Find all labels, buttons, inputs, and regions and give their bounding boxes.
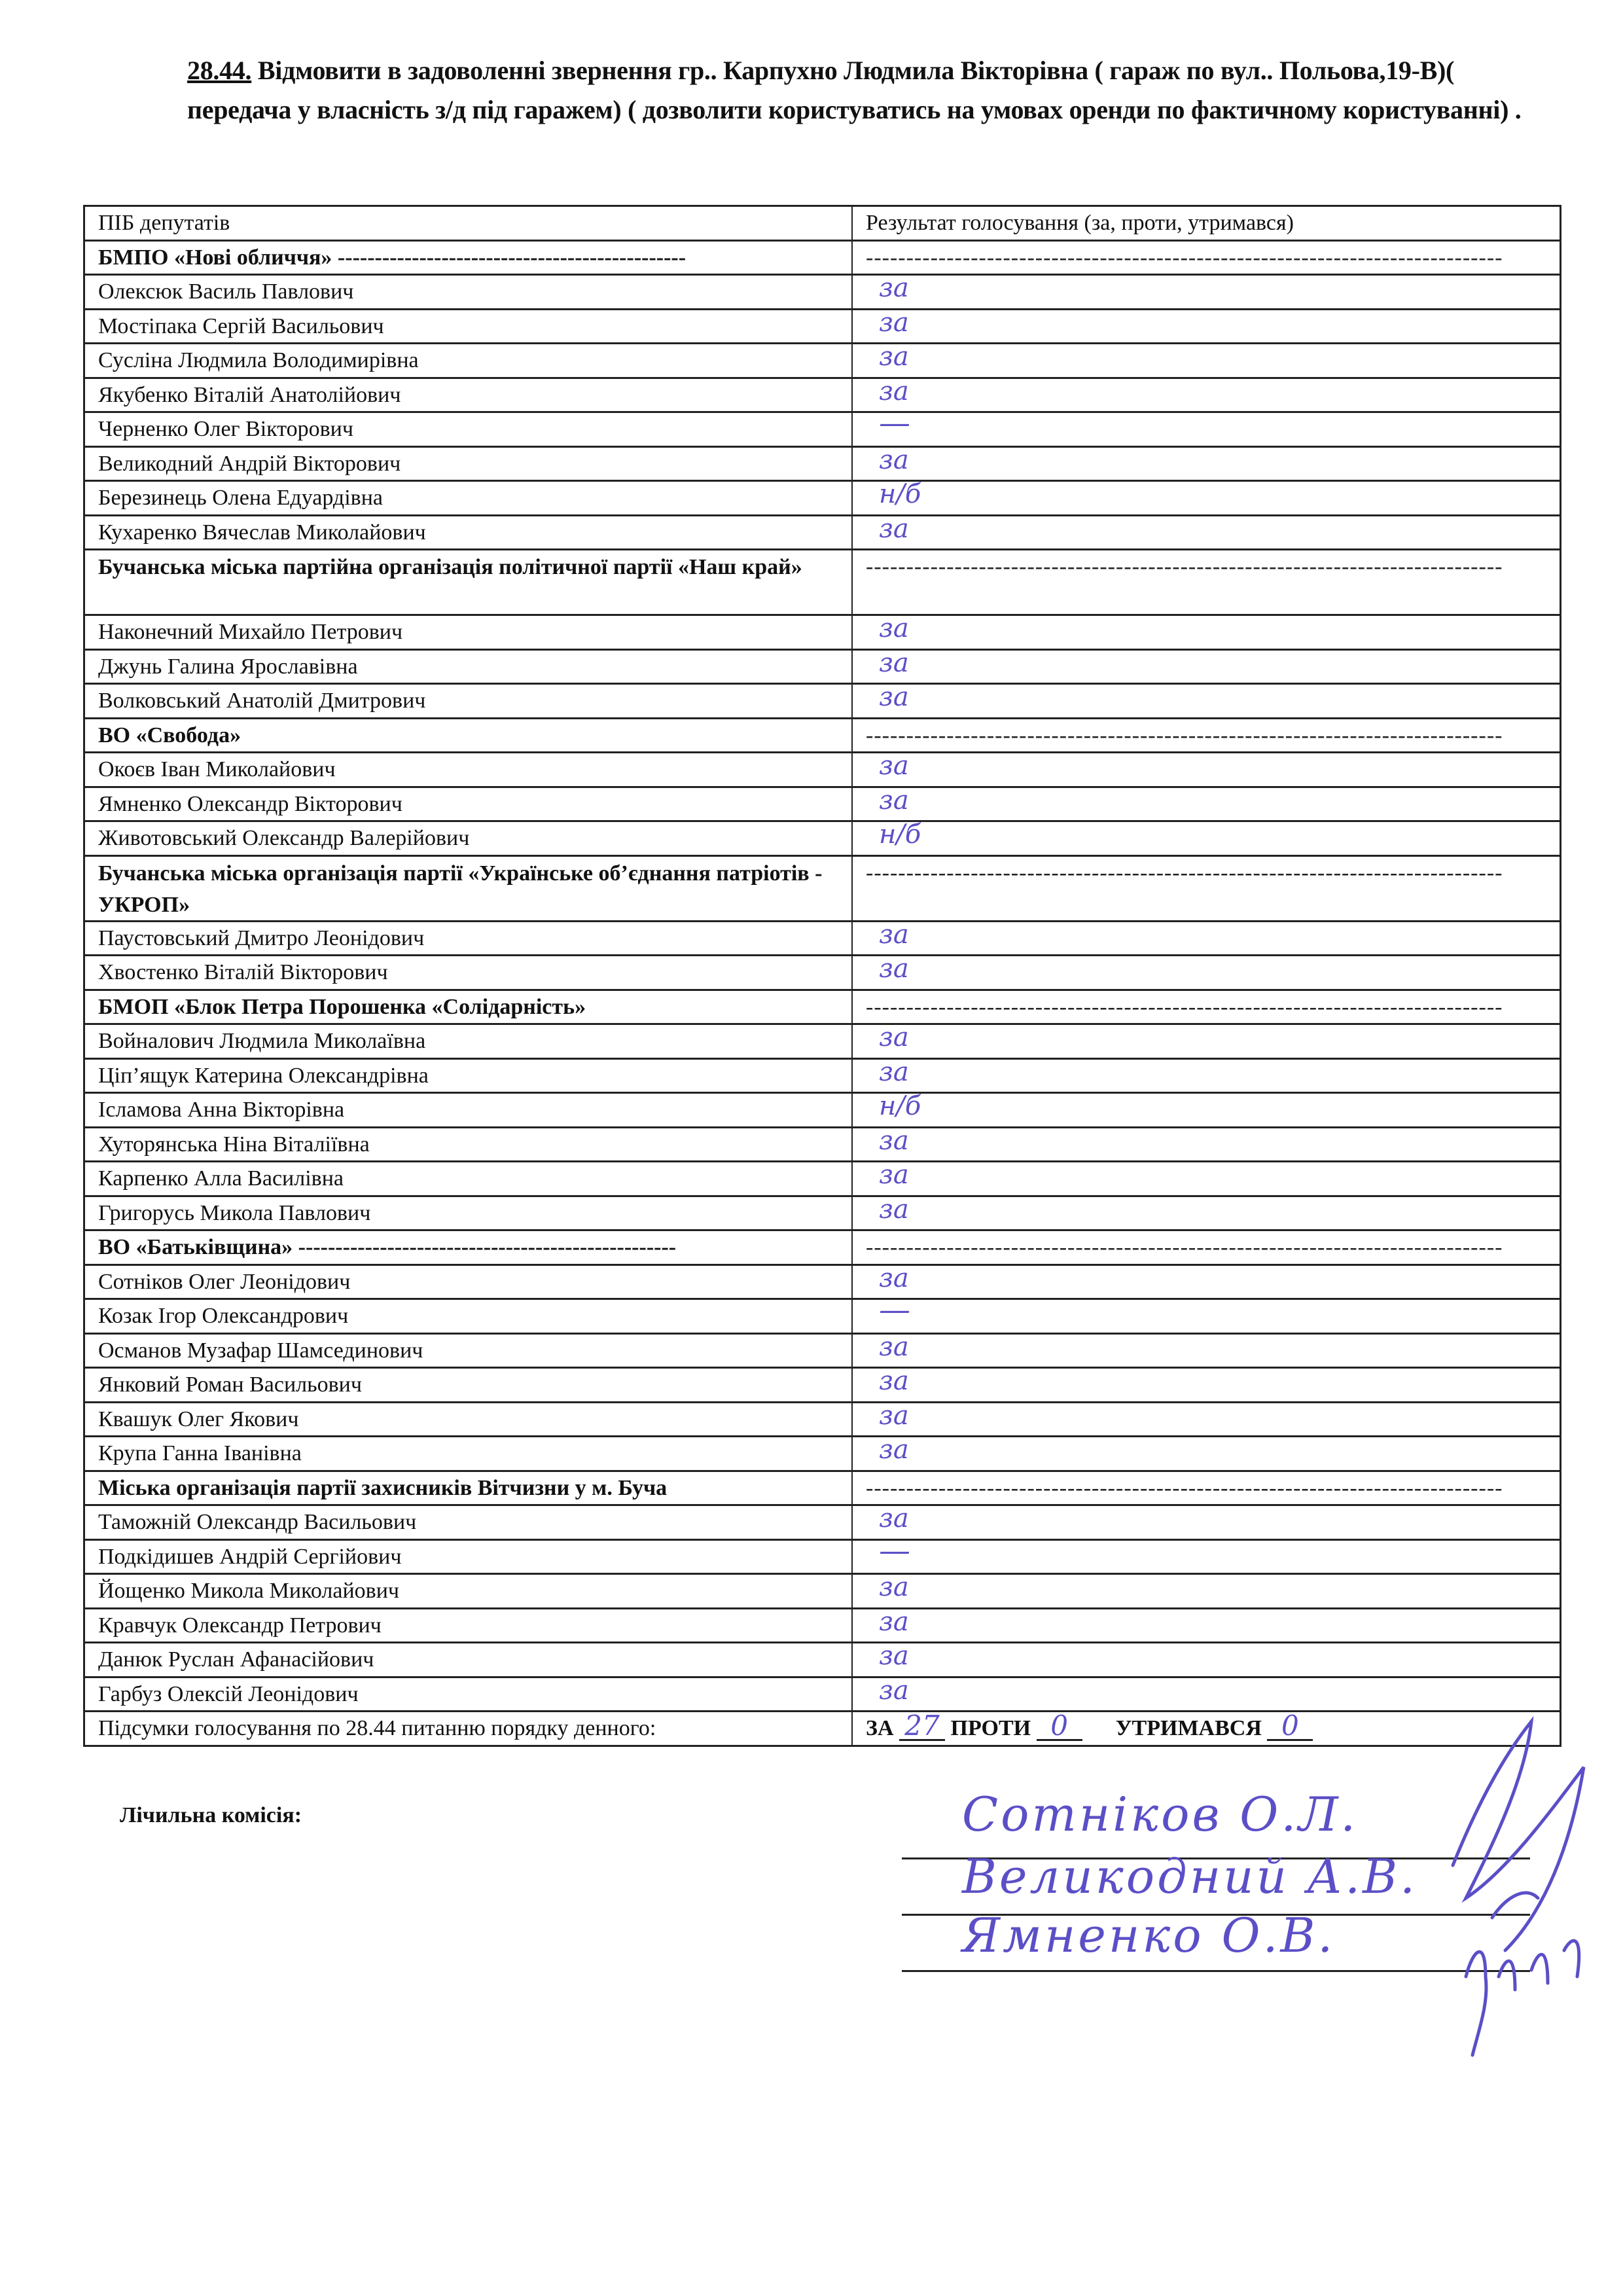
vote-cell: за xyxy=(853,1060,1560,1092)
vote-mark: за xyxy=(879,1262,909,1295)
table-row: Хуторянська Ніна Віталіївназа xyxy=(85,1128,1560,1163)
deputy-name: Войналович Людмила Миколаївна xyxy=(85,1025,853,1058)
deputy-name: Березинець Олена Едуардівна xyxy=(85,482,853,514)
deputy-name: Крупа Ганна Іванівна xyxy=(85,1437,853,1470)
table-row: Великодний Андрій Вікторовичза xyxy=(85,448,1560,482)
vote-cell: за xyxy=(853,1025,1560,1058)
table-row: Черненко Олег Вікторович— xyxy=(85,413,1560,448)
deputy-name: Сусліна Людмила Володимирівна xyxy=(85,344,853,377)
deputy-name: Ціп’ящук Катерина Олександрівна xyxy=(85,1060,853,1092)
vote-mark: за xyxy=(879,1056,909,1088)
vote-cell: за xyxy=(853,1162,1560,1195)
vote-mark: за xyxy=(879,1433,909,1466)
vote-cell: за xyxy=(853,651,1560,683)
vote-cell: за xyxy=(853,276,1560,308)
table-row: Янковий Роман Васильовичза xyxy=(85,1369,1560,1403)
vote-cell: за xyxy=(853,310,1560,343)
table-row: Олексюк Василь Павловичза xyxy=(85,276,1560,310)
deputy-name: Джунь Галина Ярославівна xyxy=(85,651,853,683)
vote-cell: за xyxy=(853,1369,1560,1401)
table-row: Данюк Руслан Афанасійовичза xyxy=(85,1643,1560,1678)
table-row: Подкідишев Андрій Сергійович— xyxy=(85,1541,1560,1575)
vote-cell: — xyxy=(853,1300,1560,1333)
table-row: Хвостенко Віталій Вікторовичза xyxy=(85,956,1560,991)
commission-label: Лічильна комісія: xyxy=(120,1803,302,1828)
summary-row: Підсумки голосування по 28.44 питанню по… xyxy=(85,1712,1560,1747)
vote-cell: за xyxy=(853,344,1560,377)
deputy-name: Кравчук Олександр Петрович xyxy=(85,1609,853,1642)
vote-mark: за xyxy=(879,512,909,545)
vote-cell: за xyxy=(853,1643,1560,1676)
vote-cell: — xyxy=(853,413,1560,446)
vote-cell: за xyxy=(853,788,1560,821)
vote-dashes: ----------------------------------------… xyxy=(866,723,1503,747)
table-row: Сусліна Людмила Володимирівназа xyxy=(85,344,1560,379)
deputy-name: Кухаренко Вячеслав Миколайович xyxy=(85,516,853,549)
table-row: Волковський Анатолій Дмитровичза xyxy=(85,685,1560,719)
vote-mark: за xyxy=(879,1124,909,1157)
vote-dashes: ----------------------------------------… xyxy=(866,1235,1503,1259)
table-row: Квашук Олег Яковичза xyxy=(85,1403,1560,1438)
summary-label: Підсумки голосування по 28.44 питанню по… xyxy=(85,1712,853,1745)
vote-mark: за xyxy=(879,1640,909,1672)
vote-cell: за xyxy=(853,1266,1560,1299)
deputy-name: Хуторянська Ніна Віталіївна xyxy=(85,1128,853,1161)
table-row: Крупа Ганна Іванівназа xyxy=(85,1437,1560,1472)
party-group-row: Міська організація партії захисників Віт… xyxy=(85,1472,1560,1507)
vote-cell: за xyxy=(853,448,1560,480)
table-row: Мостіпака Сергій Васильовичза xyxy=(85,310,1560,345)
vote-cell: за xyxy=(853,922,1560,955)
vote-mark: н/б xyxy=(879,818,921,851)
deputy-name: Черненко Олег Вікторович xyxy=(85,413,853,446)
vote-mark: за xyxy=(879,1571,909,1604)
deputy-name: Паустовський Дмитро Леонідович xyxy=(85,922,853,955)
vote-mark: — xyxy=(879,1534,910,1567)
table-row: Джунь Галина Ярославівназа xyxy=(85,651,1560,685)
table-row: Османов Музафар Шамсединовичза xyxy=(85,1335,1560,1369)
table-header: ПІБ депутатів Результат голосування (за,… xyxy=(85,207,1560,242)
deputy-name: Ямненко Олександр Вікторович xyxy=(85,788,853,821)
deputy-name: Григорусь Микола Павлович xyxy=(85,1197,853,1230)
vote-mark: за xyxy=(879,1365,909,1397)
vote-cell: за xyxy=(853,685,1560,717)
table-row: Ісламова Анна Вікторівнан/б xyxy=(85,1094,1560,1128)
resolution-text: Відмовити в задоволенні звернення гр.. К… xyxy=(187,56,1522,124)
table-row: Ямненко Олександр Вікторовичза xyxy=(85,788,1560,823)
deputy-name: Якубенко Віталій Анатолійович xyxy=(85,379,853,412)
deputy-name: Наконечний Михайло Петрович xyxy=(85,616,853,649)
vote-mark: за xyxy=(879,306,909,339)
vote-cell: за xyxy=(853,616,1560,649)
party-name: ВО «Свобода» xyxy=(85,719,853,752)
vote-mark: — xyxy=(879,406,910,439)
deputy-name: Таможній Олександр Васильович xyxy=(85,1506,853,1539)
vote-mark: за xyxy=(879,1674,909,1707)
vote-dashes: ----------------------------------------… xyxy=(866,995,1503,1019)
party-group-row: Бучанська міська організація партії «Укр… xyxy=(85,857,1560,922)
vote-cell: н/б xyxy=(853,1094,1560,1126)
deputy-name: Подкідишев Андрій Сергійович xyxy=(85,1541,853,1573)
party-name: Бучанська міська організація партії «Укр… xyxy=(85,857,853,920)
deputy-name: Данюк Руслан Афанасійович xyxy=(85,1643,853,1676)
signature-scrawl-icon xyxy=(1374,1702,1610,2068)
deputy-name: Хвостенко Віталій Вікторович xyxy=(85,956,853,989)
vote-mark: н/б xyxy=(879,1090,921,1122)
party-group-row: БМПО «Нові обличчя» --------------------… xyxy=(85,242,1560,276)
vote-mark: за xyxy=(879,444,909,476)
vote-mark: за xyxy=(879,1193,909,1226)
header-name: ПІБ депутатів xyxy=(85,207,853,240)
party-group-row: БМОП «Блок Петра Порошенка «Солідарність… xyxy=(85,991,1560,1026)
vote-cell: ----------------------------------------… xyxy=(853,719,1560,752)
deputy-name: Карпенко Алла Василівна xyxy=(85,1162,853,1195)
vote-mark: за xyxy=(879,1399,909,1432)
signature-name-3: Ямненко О.В. xyxy=(962,1908,1335,1963)
party-group-row: Бучанська міська партійна організація по… xyxy=(85,550,1560,616)
vote-cell: за xyxy=(853,1609,1560,1642)
vote-mark: за xyxy=(879,784,909,817)
vote-cell: за xyxy=(853,516,1560,549)
party-name: БМПО «Нові обличчя» --------------------… xyxy=(85,242,853,274)
deputy-name: Йощенко Микола Миколайович xyxy=(85,1575,853,1607)
vote-mark: за xyxy=(879,340,909,373)
vote-cell: ----------------------------------------… xyxy=(853,1231,1560,1264)
vote-cell: за xyxy=(853,1575,1560,1607)
vote-dashes: ----------------------------------------… xyxy=(866,245,1503,270)
deputy-name: Гарбуз Олексій Леонідович xyxy=(85,1678,853,1711)
vote-mark: за xyxy=(879,749,909,782)
vote-cell: за xyxy=(853,1335,1560,1367)
party-group-row: ВО «Свобода»----------------------------… xyxy=(85,719,1560,754)
vote-mark: за xyxy=(879,375,909,408)
table-row: Григорусь Микола Павловичза xyxy=(85,1197,1560,1232)
vote-mark: за xyxy=(879,272,909,304)
vote-cell: ----------------------------------------… xyxy=(853,242,1560,274)
table-row: Гарбуз Олексій Леонідовичза xyxy=(85,1678,1560,1713)
vote-cell: за xyxy=(853,379,1560,412)
deputy-name: Квашук Олег Якович xyxy=(85,1403,853,1436)
vote-mark: н/б xyxy=(879,478,921,511)
party-name: Міська організація партії захисників Віт… xyxy=(85,1472,853,1505)
proty-value: 0 xyxy=(1037,1713,1082,1741)
deputy-name: Окоєв Іван Миколайович xyxy=(85,753,853,786)
vote-mark: за xyxy=(879,1021,909,1054)
deputy-name: Османов Музафар Шамсединович xyxy=(85,1335,853,1367)
deputy-name: Янковий Роман Васильович xyxy=(85,1369,853,1401)
deputy-name: Козак Ігор Олександрович xyxy=(85,1300,853,1333)
table-row: Таможній Олександр Васильовичза xyxy=(85,1506,1560,1541)
vote-cell: н/б xyxy=(853,482,1560,514)
vote-mark: за xyxy=(879,1605,909,1638)
vote-cell: за xyxy=(853,1506,1560,1539)
deputy-name: Волковський Анатолій Дмитрович xyxy=(85,685,853,717)
table-row: Войналович Людмила Миколаївназа xyxy=(85,1025,1560,1060)
table-row: Животовський Олександр Валерійовичн/б xyxy=(85,822,1560,857)
table-row: Ціп’ящук Катерина Олександрівназа xyxy=(85,1060,1560,1094)
vote-cell: за xyxy=(853,1437,1560,1470)
vote-dashes: ----------------------------------------… xyxy=(866,1476,1503,1500)
vote-cell: ----------------------------------------… xyxy=(853,550,1560,614)
table-row: Сотніков Олег Леонідовичза xyxy=(85,1266,1560,1300)
signature-name-2: Великодний А.В. xyxy=(962,1849,1418,1904)
party-group-row: ВО «Батьківщина» -----------------------… xyxy=(85,1231,1560,1266)
deputy-name: Сотніков Олег Леонідович xyxy=(85,1266,853,1299)
resolution-heading: 28.44. Відмовити в задоволенні звернення… xyxy=(187,51,1522,130)
deputy-name: Мостіпака Сергій Васильович xyxy=(85,310,853,343)
table-row: Карпенко Алла Василівназа xyxy=(85,1162,1560,1197)
table-row: Йощенко Микола Миколайовичза xyxy=(85,1575,1560,1609)
vote-mark: за xyxy=(879,1158,909,1191)
table-row: Наконечний Михайло Петровичза xyxy=(85,616,1560,651)
party-name: Бучанська міська партійна організація по… xyxy=(85,550,853,614)
vote-mark: — xyxy=(879,1293,910,1326)
vote-dashes: ----------------------------------------… xyxy=(866,861,1503,885)
za-value: 27 xyxy=(899,1713,945,1741)
vote-cell: за xyxy=(853,1197,1560,1230)
vote-cell: ----------------------------------------… xyxy=(853,991,1560,1024)
vote-mark: за xyxy=(879,952,909,985)
table-row: Якубенко Віталій Анатолійовичза xyxy=(85,379,1560,414)
utrymavsia-label: УТРИМАВСЯ xyxy=(1116,1716,1262,1740)
voting-table: ПІБ депутатів Результат голосування (за,… xyxy=(83,205,1561,1747)
vote-mark: за xyxy=(879,612,909,645)
vote-cell: ----------------------------------------… xyxy=(853,1472,1560,1505)
table-row: Паустовський Дмитро Леонідовичза xyxy=(85,922,1560,957)
party-name: БМОП «Блок Петра Порошенка «Солідарність… xyxy=(85,991,853,1024)
table-row: Кухаренко Вячеслав Миколайовичза xyxy=(85,516,1560,551)
deputy-name: Великодний Андрій Вікторович xyxy=(85,448,853,480)
vote-cell: за xyxy=(853,956,1560,989)
proty-label: ПРОТИ xyxy=(951,1716,1031,1740)
deputy-name: Ісламова Анна Вікторівна xyxy=(85,1094,853,1126)
vote-cell: ----------------------------------------… xyxy=(853,857,1560,920)
table-row: Окоєв Іван Миколайовичза xyxy=(85,753,1560,788)
table-row: Березинець Олена Едуардівнан/б xyxy=(85,482,1560,516)
header-vote: Результат голосування (за, проти, утрима… xyxy=(853,207,1560,240)
item-number: 28.44. xyxy=(187,56,251,85)
deputy-name: Олексюк Василь Павлович xyxy=(85,276,853,308)
vote-cell: — xyxy=(853,1541,1560,1573)
vote-mark: за xyxy=(879,1502,909,1535)
party-name: ВО «Батьківщина» -----------------------… xyxy=(85,1231,853,1264)
signature-name-1: Сотніков О.Л. xyxy=(962,1787,1358,1842)
vote-cell: за xyxy=(853,1128,1560,1161)
vote-mark: за xyxy=(879,918,909,951)
table-row: Козак Ігор Олександрович— xyxy=(85,1300,1560,1335)
vote-cell: за xyxy=(853,753,1560,786)
vote-cell: за xyxy=(853,1403,1560,1436)
vote-dashes: ----------------------------------------… xyxy=(866,554,1503,579)
za-label: ЗА xyxy=(866,1716,894,1740)
utrymavsia-value: 0 xyxy=(1267,1713,1313,1741)
vote-mark: за xyxy=(879,647,909,679)
vote-mark: за xyxy=(879,1331,909,1363)
vote-mark: за xyxy=(879,681,909,713)
deputy-name: Животовський Олександр Валерійович xyxy=(85,822,853,855)
table-row: Кравчук Олександр Петровичза xyxy=(85,1609,1560,1644)
vote-cell: н/б xyxy=(853,822,1560,855)
